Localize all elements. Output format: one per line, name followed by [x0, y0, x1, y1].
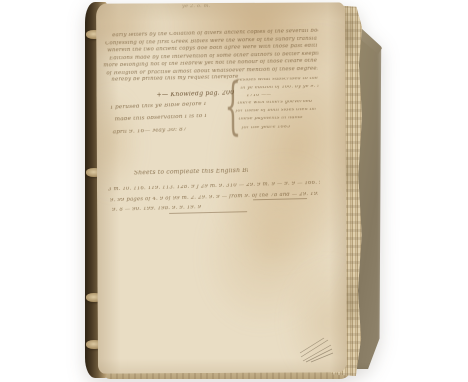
handwriting-top-inscription: ye 2. o. m.: [182, 4, 240, 9]
handwriting-line: 1710 ——: [246, 93, 286, 99]
pencil-scribble: [299, 336, 335, 364]
manuscript-book: ye 2. o. m. early letters by the Collati…: [0, 0, 468, 382]
photo-background: ye 2. o. m. early letters by the Collati…: [0, 0, 468, 382]
manuscript-page: ye 2. o. m. early letters by the Collati…: [96, 2, 347, 373]
